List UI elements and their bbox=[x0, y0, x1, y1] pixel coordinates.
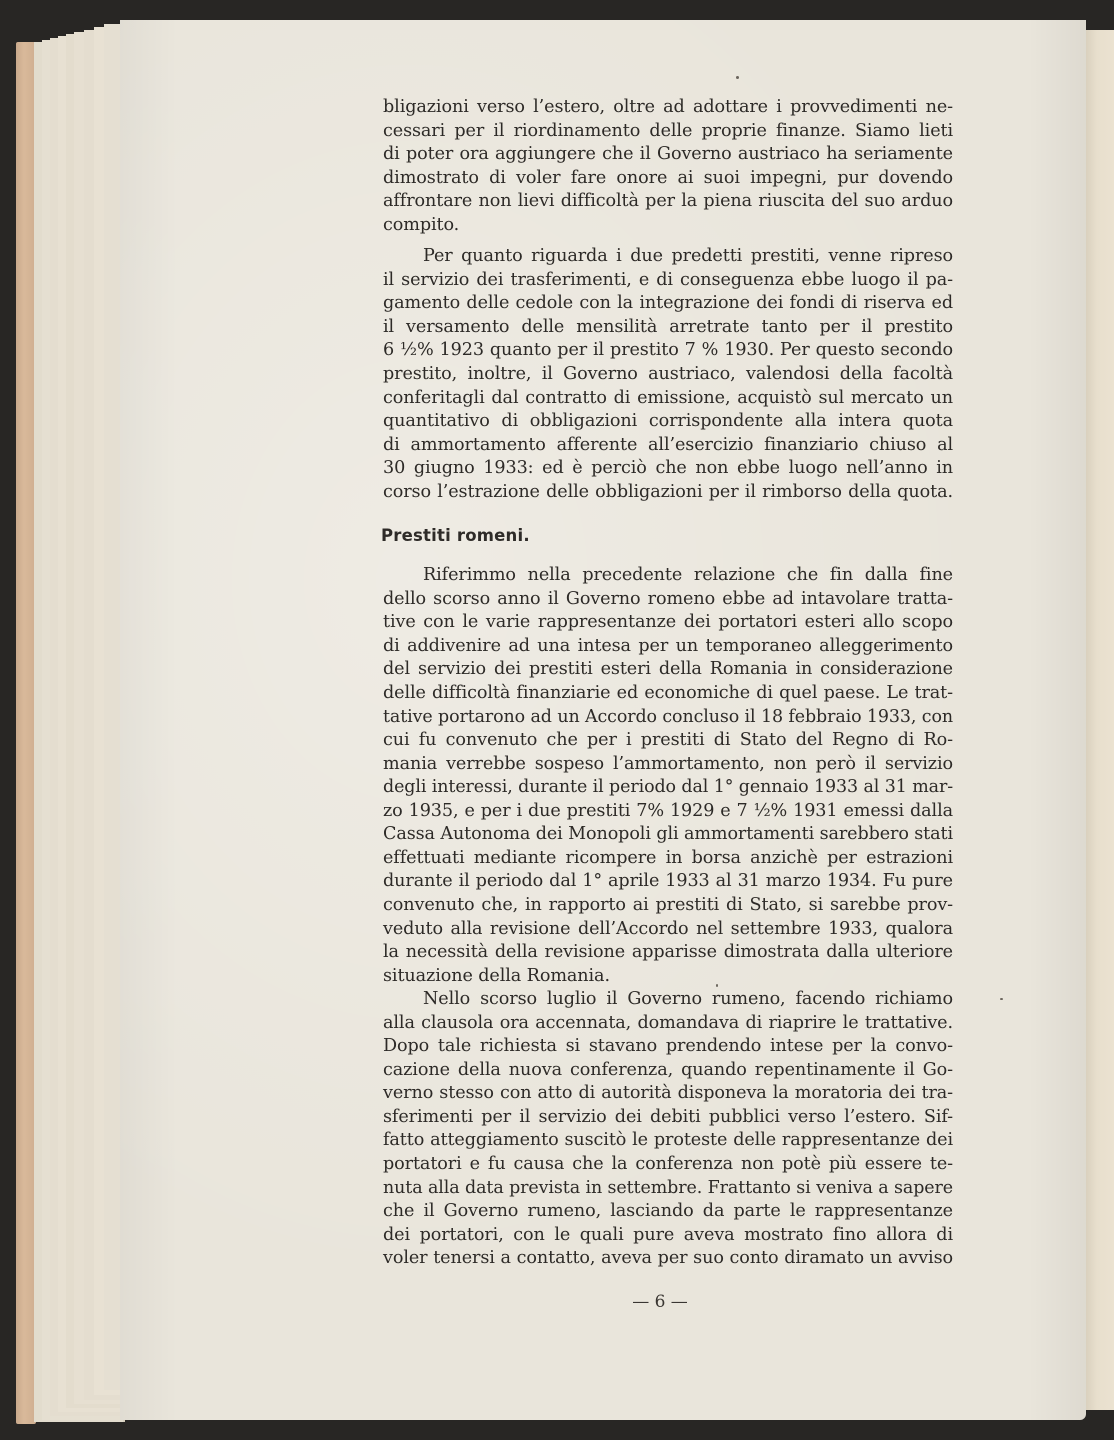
book-cover-edge bbox=[16, 42, 36, 1424]
text-line: conferitagli dal contratto di emissione,… bbox=[383, 387, 953, 411]
text-line: Per quanto riguarda i due predetti prest… bbox=[383, 245, 953, 269]
paragraph-continuation: bligazioni verso l’estero, oltre ad adot… bbox=[383, 96, 953, 237]
text-line: veduto alla revisione dell’Accordo nel s… bbox=[383, 918, 953, 942]
text-line: di poter ora aggiungere che il Governo a… bbox=[383, 143, 953, 167]
paper-speck bbox=[736, 76, 739, 79]
text-line: tative portarono ad un Accordo concluso … bbox=[383, 706, 953, 730]
text-line: Riferimmo nella precedente relazione che… bbox=[383, 564, 953, 588]
text-line: durante il periodo dal 1° aprile 1933 al… bbox=[383, 870, 953, 894]
text-line: voler tenersi a contatto, aveva per suo … bbox=[383, 1247, 953, 1271]
text-line: sferimenti per il servizio dei debiti pu… bbox=[383, 1106, 953, 1130]
text-line: quantitativo di obbligazioni corrisponde… bbox=[383, 410, 953, 434]
text-line: alla clausola ora accennata, domandava d… bbox=[383, 1012, 953, 1036]
text-line: prestito, inoltre, il Governo austriaco,… bbox=[383, 363, 953, 387]
text-line: dello scorso anno il Governo romeno ebbe… bbox=[383, 588, 953, 612]
text-line: zo 1935, e per i due prestiti 7% 1929 e … bbox=[383, 800, 953, 824]
section-heading: Prestiti romeni. bbox=[381, 524, 953, 554]
text-line: delle difficoltà finanziarie ed economic… bbox=[383, 682, 953, 706]
text-line: del servizio dei prestiti esteri della R… bbox=[383, 658, 953, 682]
page-number: — 6 — bbox=[580, 1292, 740, 1312]
text-line: il servizio dei trasferimenti, e di cons… bbox=[383, 269, 953, 293]
text-line: situazione della Romania. bbox=[383, 965, 953, 989]
text-line: fatto atteggiamento suscitò le proteste … bbox=[383, 1129, 953, 1153]
text-line: Nello scorso luglio il Governo rumeno, f… bbox=[383, 988, 953, 1012]
next-page-edge bbox=[1084, 30, 1114, 1410]
text-line: la necessità della revisione apparisse d… bbox=[383, 941, 953, 965]
text-line: verno stesso con atto di autorità dispon… bbox=[383, 1082, 953, 1106]
text-line: dimostrato di voler fare onore ai suoi i… bbox=[383, 167, 953, 191]
text-line: mania verrebbe sospeso l’ammortamento, n… bbox=[383, 753, 953, 777]
text-line: di ammortamento afferente all’esercizio … bbox=[383, 434, 953, 458]
text-line: portatori e fu causa che la conferenza n… bbox=[383, 1153, 953, 1177]
paragraph-romanian-2: Nello scorso luglio il Governo rumeno, f… bbox=[383, 988, 953, 1271]
text-line: effettuati mediante ricompere in borsa a… bbox=[383, 847, 953, 871]
text-line: bligazioni verso l’estero, oltre ad adot… bbox=[383, 96, 953, 120]
text-line: di addivenire ad una intesa per un tempo… bbox=[383, 635, 953, 659]
text-line: tive con le varie rappresentanze dei por… bbox=[383, 611, 953, 635]
heading-gap bbox=[383, 554, 953, 564]
text-line: Dopo tale richiesta si stavano prendendo… bbox=[383, 1035, 953, 1059]
text-line: dei portatori, con le quali pure aveva m… bbox=[383, 1224, 953, 1248]
text-line: compito. bbox=[383, 214, 953, 238]
text-line: corso l’estrazione delle obbligazioni pe… bbox=[383, 481, 953, 505]
text-line: che il Governo rumeno, lasciando da part… bbox=[383, 1200, 953, 1224]
text-line: cazione della nuova conferenza, quando r… bbox=[383, 1059, 953, 1083]
text-line: cui fu convenuto che per i prestiti di S… bbox=[383, 729, 953, 753]
text-line: gamento delle cedole con la integrazione… bbox=[383, 292, 953, 316]
paragraph-austrian-loans: Per quanto riguarda i due predetti prest… bbox=[383, 245, 953, 504]
text-column: bligazioni verso l’estero, oltre ad adot… bbox=[383, 96, 953, 1271]
text-line: convenuto che, in rapporto ai prestiti d… bbox=[383, 894, 953, 918]
text-line: Cassa Autonoma dei Monopoli gli ammortam… bbox=[383, 823, 953, 847]
paper-speck bbox=[1000, 998, 1003, 1000]
text-line: affrontare non lievi difficoltà per la p… bbox=[383, 190, 953, 214]
text-line: cessari per il riordinamento delle propr… bbox=[383, 120, 953, 144]
text-line: il versamento delle mensilità arretrate … bbox=[383, 316, 953, 340]
text-line: degli interessi, durante il periodo dal … bbox=[383, 776, 953, 800]
text-line: nuta alla data prevista in settembre. Fr… bbox=[383, 1177, 953, 1201]
paper-speck bbox=[716, 984, 718, 987]
paragraph-gap bbox=[383, 237, 953, 245]
paragraph-romanian-1: Riferimmo nella precedente relazione che… bbox=[383, 564, 953, 988]
text-line: 30 giugno 1933: ed è perciò che non ebbe… bbox=[383, 457, 953, 481]
text-line: 6 ½% 1923 quanto per il prestito 7 % 193… bbox=[383, 339, 953, 363]
